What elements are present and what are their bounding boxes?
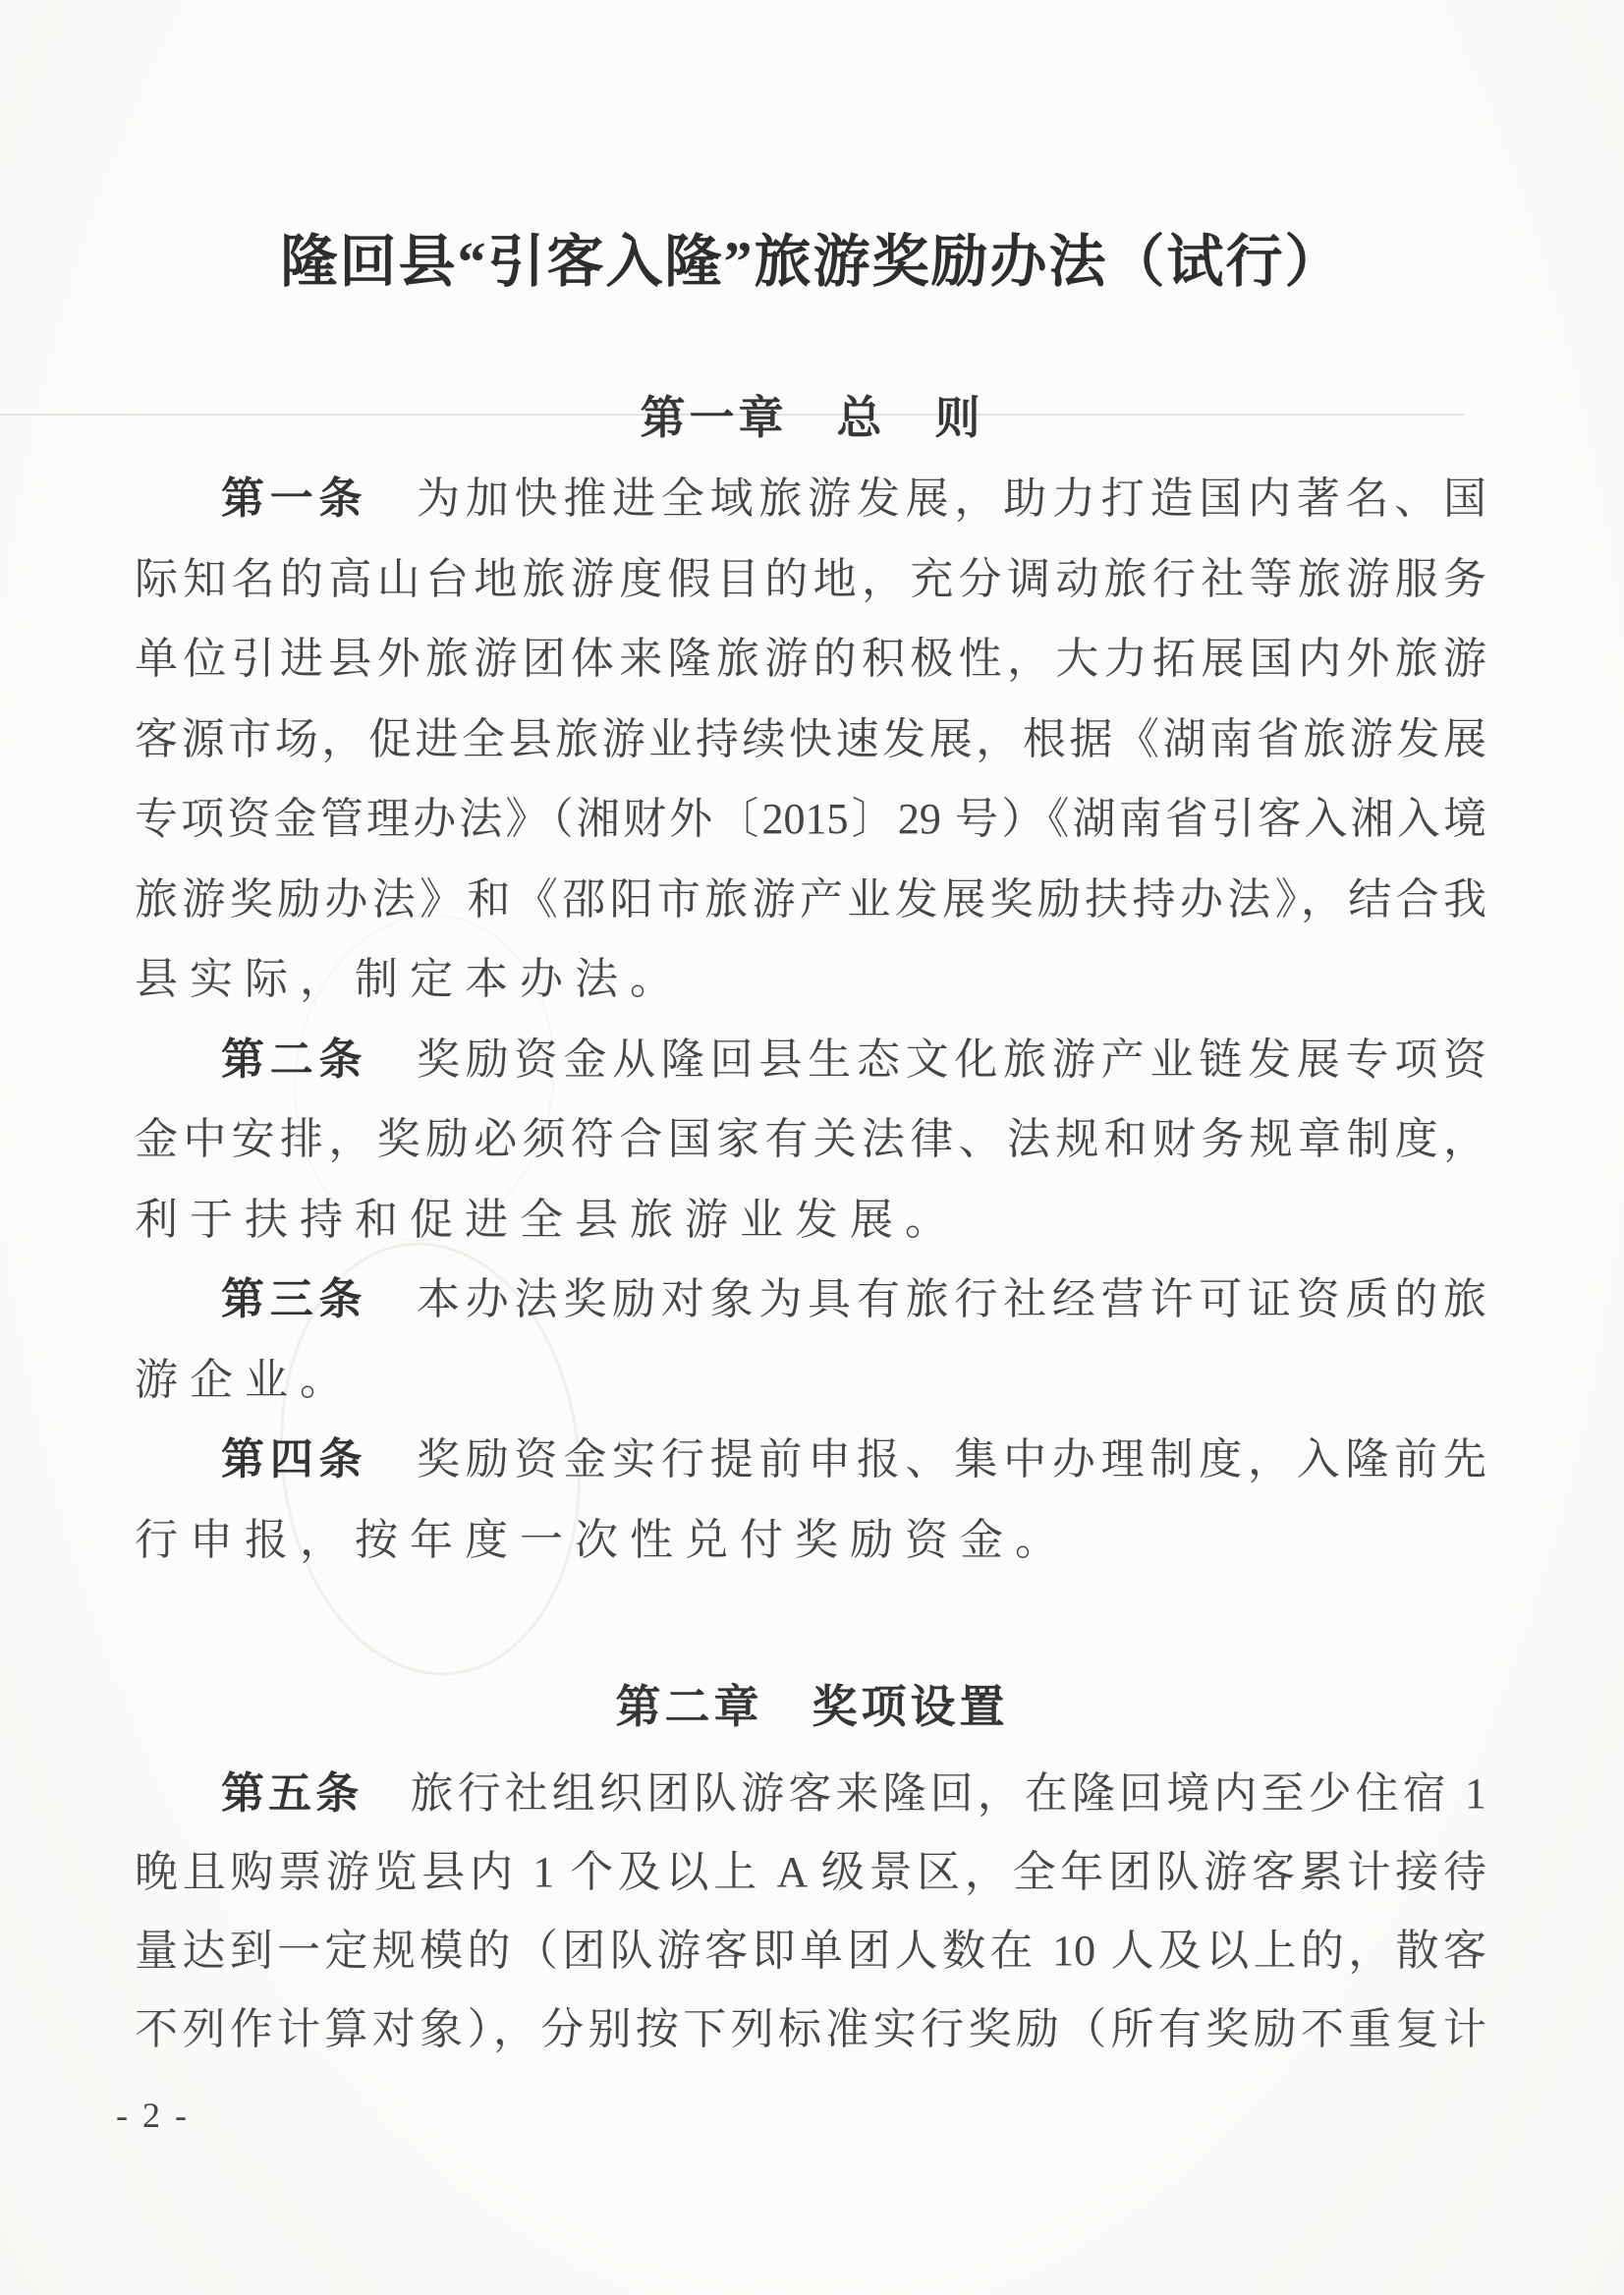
- body-line: 第五条 旅行社组织团队游客来隆回，在隆回境内至少住宿 1: [135, 1755, 1486, 1833]
- article-number: 第一条: [221, 475, 367, 523]
- line-text: 单位引进县外旅游团体来隆旅游的积极性，大力拓展国内外旅游: [135, 635, 1486, 683]
- line-text: 际知名的高山台地旅游度假目的地，充分调动旅行社等旅游服务: [135, 555, 1486, 603]
- line-text: 金中安排，奖励必须符合国家有关法律、法规和财务规章制度，: [135, 1115, 1486, 1163]
- article-number: 第二条: [221, 1036, 367, 1084]
- line-text: 利于扶持和促进全县旅游业发展。: [135, 1196, 960, 1244]
- line-text: 旅行社组织团队游客来隆回，在隆回境内至少住宿 1: [363, 1769, 1486, 1818]
- line-text: 奖励资金从隆回县生态文化旅游产业链发展专项资: [367, 1036, 1486, 1084]
- body-line: 利于扶持和促进全县旅游业发展。: [135, 1180, 1486, 1260]
- line-text: 不列作计算对象），分别按下列标准实行奖励（所有奖励不重复计: [135, 2005, 1486, 2053]
- body-block-chapter-2: 第五条 旅行社组织团队游客来隆回，在隆回境内至少住宿 1 晚且购票游览县内 1 …: [135, 1755, 1486, 2069]
- article-number: 第五条: [221, 1769, 363, 1818]
- body-line: 第一条 为加快推进全域旅游发展，助力打造国内著名、国: [135, 459, 1486, 539]
- line-text: 旅游奖励办法》和《邵阳市旅游产业发展奖励扶持办法》，结合我: [135, 875, 1486, 924]
- body-line: 第二条 奖励资金从隆回县生态文化旅游产业链发展专项资: [135, 1020, 1486, 1100]
- chapter-2-heading: 第二章 奖项设置: [0, 1682, 1624, 1733]
- document-page: 隆回县“引客入隆”旅游奖励办法（试行） 第一章 总 则 第一条 为加快推进全域旅…: [0, 0, 1624, 2295]
- article-number: 第四条: [221, 1435, 367, 1483]
- line-text: 量达到一定规模的（团队游客即单团人数在 10 人及以上的，散客: [135, 1927, 1486, 1975]
- body-line: 不列作计算对象），分别按下列标准实行奖励（所有奖励不重复计: [135, 1990, 1486, 2069]
- body-line: 客源市场，促进全县旅游业持续快速发展，根据《湖南省旅游发展: [135, 700, 1486, 780]
- body-line: 金中安排，奖励必须符合国家有关法律、法规和财务规章制度，: [135, 1099, 1486, 1180]
- line-text: 奖励资金实行提前申报、集中办理制度，入隆前先: [367, 1435, 1486, 1483]
- body-line: 行申报，按年度一次性兑付奖励资金。: [135, 1500, 1486, 1581]
- line-text: 为加快推进全域旅游发展，助力打造国内著名、国: [367, 475, 1486, 523]
- chapter-1-heading: 第一章 总 则: [0, 393, 1624, 444]
- body-line: 旅游奖励办法》和《邵阳市旅游产业发展奖励扶持办法》，结合我: [135, 860, 1486, 940]
- line-text: 行申报，按年度一次性兑付奖励资金。: [135, 1516, 1070, 1564]
- article-number: 第三条: [221, 1275, 367, 1323]
- document-title: 隆回县“引客入隆”旅游奖励办法（试行）: [0, 230, 1624, 295]
- body-line: 量达到一定规模的（团队游客即单团人数在 10 人及以上的，散客: [135, 1912, 1486, 1990]
- line-text: 专项资金管理办法》（湘财外〔2015〕29 号）《湖南省引客入湘入境: [135, 795, 1486, 843]
- body-line: 第三条 本办法奖励对象为具有旅行社经营许可证资质的旅: [135, 1259, 1486, 1340]
- line-text: 游企业。: [135, 1356, 355, 1404]
- body-line: 晚且购票游览县内 1 个及以上 A 级景区，全年团队游客累计接待: [135, 1833, 1486, 1912]
- body-line: 际知名的高山台地旅游度假目的地，充分调动旅行社等旅游服务: [135, 539, 1486, 620]
- page-number: - 2 -: [116, 2095, 190, 2136]
- body-line: 单位引进县外旅游团体来隆旅游的积极性，大力拓展国内外旅游: [135, 619, 1486, 700]
- body-line: 第四条 奖励资金实行提前申报、集中办理制度，入隆前先: [135, 1420, 1486, 1500]
- body-line: 游企业。: [135, 1340, 1486, 1421]
- body-line: 专项资金管理办法》（湘财外〔2015〕29 号）《湖南省引客入湘入境: [135, 779, 1486, 860]
- line-text: 县实际，制定本办法。: [135, 955, 685, 1003]
- body-line: 县实际，制定本办法。: [135, 939, 1486, 1020]
- line-text: 客源市场，促进全县旅游业持续快速发展，根据《湖南省旅游发展: [135, 715, 1486, 763]
- body-block-chapter-1: 第一条 为加快推进全域旅游发展，助力打造国内著名、国 际知名的高山台地旅游度假目…: [135, 459, 1486, 1580]
- line-text: 晚且购票游览县内 1 个及以上 A 级景区，全年团队游客累计接待: [135, 1848, 1486, 1896]
- line-text: 本办法奖励对象为具有旅行社经营许可证资质的旅: [367, 1275, 1486, 1323]
